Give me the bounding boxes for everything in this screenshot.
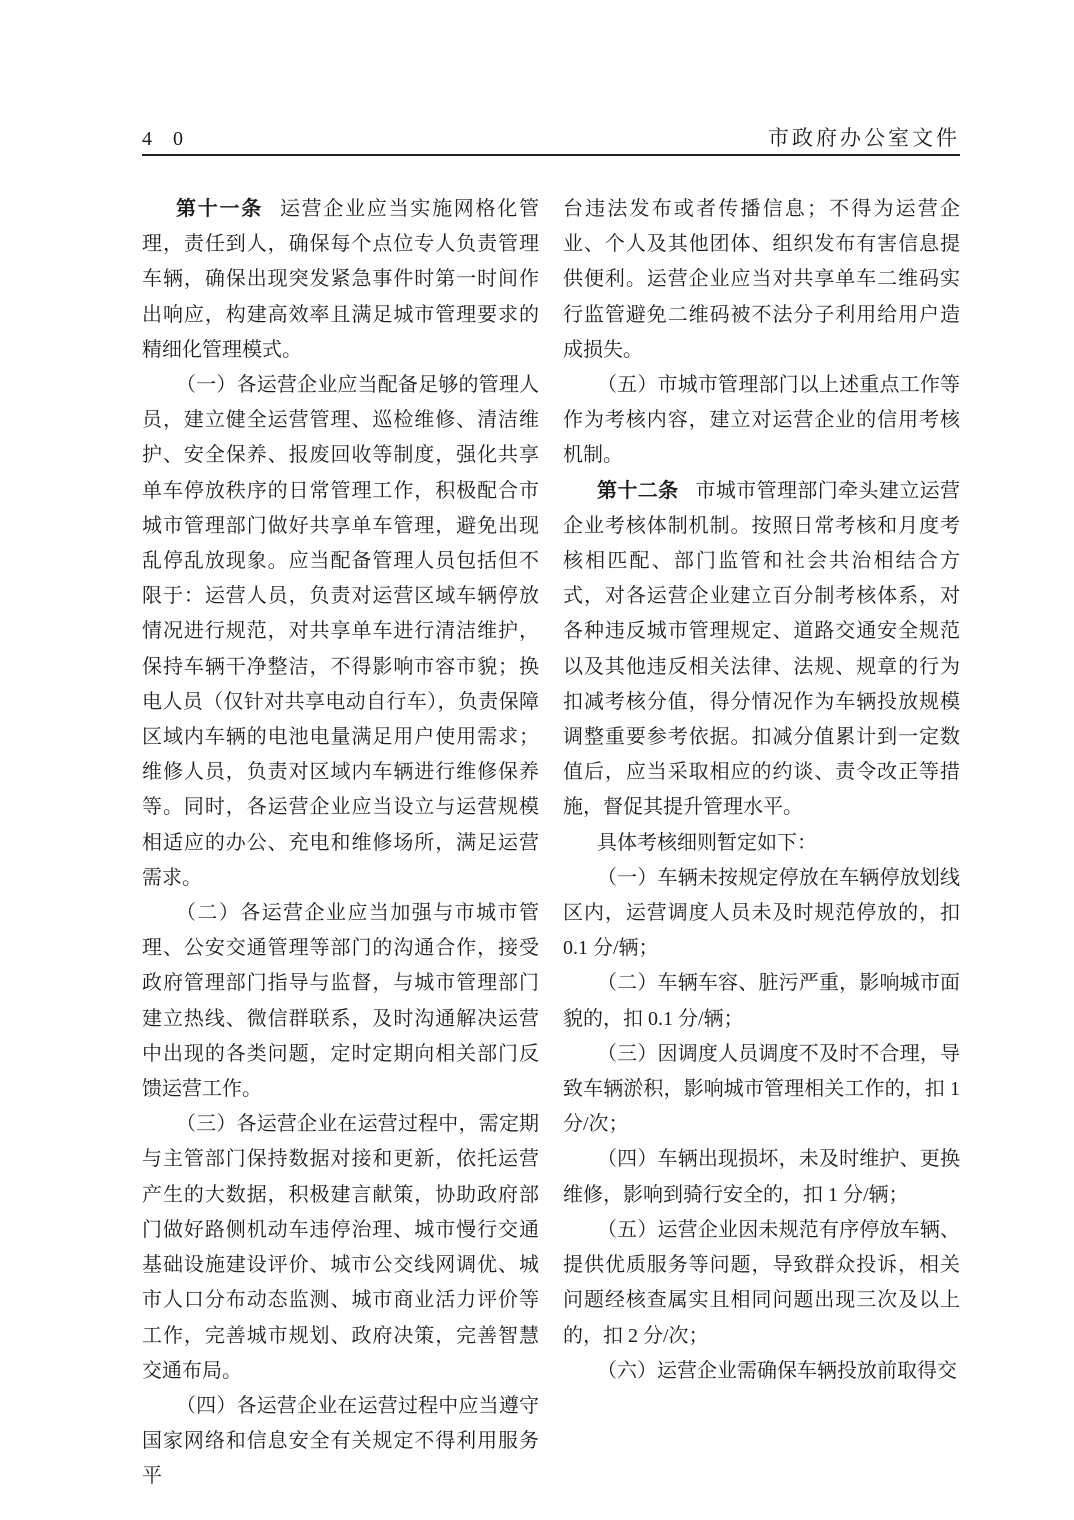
paragraph: （五）运营企业因未规范有序停放车辆、提供优质服务等问题，导致群众投诉，相关问题经… xyxy=(563,1213,960,1354)
page-number: 4 0 xyxy=(142,129,191,149)
paragraph: （五）市城市管理部门以上述重点工作等作为考核内容，建立对运营企业的信用考核机制。 xyxy=(563,368,960,474)
paragraph: （三）各运营企业在运营过程中，需定期与主管部门保持数据对接和更新，依托运营产生的… xyxy=(142,1107,539,1389)
article-number: 第十一条 xyxy=(176,198,263,220)
paragraph: 具体考核细则暂定如下： xyxy=(563,826,960,861)
article-paragraph: 第十一条运营企业应当实施网格化管理，责任到人，确保每个点位专人负责管理车辆，确保… xyxy=(142,192,539,368)
paragraph: （三）因调度人员调度不及时不合理，导致车辆淤积，影响城市管理相关工作的，扣 1 … xyxy=(563,1037,960,1143)
paragraph: （一）各运营企业应当配备足够的管理人员，建立健全运营管理、巡检维修、清洁维护、安… xyxy=(142,368,539,896)
page-header: 4 0 市政府办公室文件 xyxy=(142,128,960,156)
paragraph: （二）车辆车容、脏污严重，影响城市面貌的，扣 0.1 分/辆； xyxy=(563,966,960,1036)
paragraph: （四）各运营企业在运营过程中应当遵守国家网络和信息安全有关规定不得利用服务平 xyxy=(142,1389,539,1495)
paragraph: （二）各运营企业应当加强与市城市管理、公安交通管理等部门的沟通合作，接受政府管理… xyxy=(142,896,539,1107)
paragraph: （六）运营企业需确保车辆投放前取得交 xyxy=(563,1354,960,1389)
document-header-title: 市政府办公室文件 xyxy=(768,128,960,149)
document-body: 第十一条运营企业应当实施网格化管理，责任到人，确保每个点位专人负责管理车辆，确保… xyxy=(142,192,960,1495)
article-number: 第十二条 xyxy=(597,480,679,502)
article-paragraph: 第十二条市城市管理部门牵头建立运营企业考核体制机制。按照日常考核和月度考核相匹配… xyxy=(563,474,960,826)
paragraph: （一）车辆未按规定停放在车辆停放划线区内，运营调度人员未及时规范停放的，扣 0.… xyxy=(563,861,960,967)
paragraph: 台违法发布或者传播信息；不得为运营企业、个人及其他团体、组织发布有害信息提供便利… xyxy=(563,192,960,368)
right-column: 台违法发布或者传播信息；不得为运营企业、个人及其他团体、组织发布有害信息提供便利… xyxy=(563,192,960,1495)
paragraph: （四）车辆出现损坏，未及时维护、更换维修，影响到骑行安全的，扣 1 分/辆； xyxy=(563,1142,960,1212)
document-page: { "header": { "page_number": "4 0", "doc… xyxy=(0,0,1074,1520)
left-column: 第十一条运营企业应当实施网格化管理，责任到人，确保每个点位专人负责管理车辆，确保… xyxy=(142,192,539,1495)
